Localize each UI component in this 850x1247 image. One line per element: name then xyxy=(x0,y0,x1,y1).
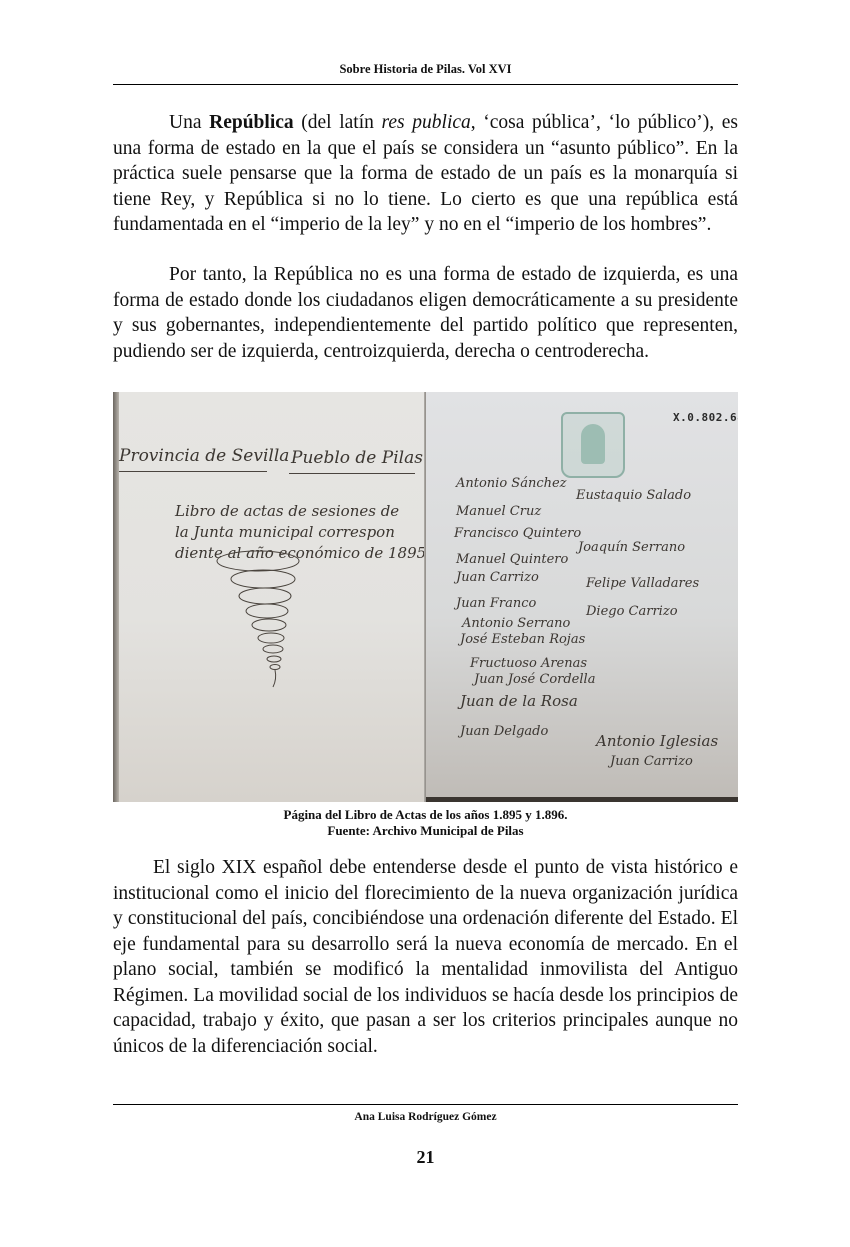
left-page: Provincia de Sevilla Pueblo de Pilas Lib… xyxy=(113,392,425,802)
signature: Antonio Iglesias xyxy=(596,732,718,750)
paragraph-text: El siglo XIX español debe entenderse des… xyxy=(113,857,738,1057)
paragraph-text: Por tanto, la República no es una forma … xyxy=(113,264,738,362)
signature: Francisco Quintero xyxy=(454,526,581,541)
seated-figure-icon xyxy=(581,424,605,464)
paragraph-lead: Una xyxy=(169,112,209,133)
signature: Antonio Sánchez xyxy=(456,476,567,491)
header-divider xyxy=(113,84,738,85)
figure-caption: Página del Libro de Actas de los años 1.… xyxy=(113,807,738,823)
handwritten-heading-town: Pueblo de Pilas xyxy=(291,448,423,468)
signature: Fructuoso Arenas xyxy=(470,656,587,671)
calligraphic-flourish-icon xyxy=(213,547,303,697)
signature: Antonio Serrano xyxy=(462,616,570,631)
tax-stamp-icon xyxy=(561,412,625,478)
running-header: Sobre Historia de Pilas. Vol XVI xyxy=(113,62,738,77)
bold-term: República xyxy=(209,112,294,133)
signature: Juan José Cordella xyxy=(474,672,595,687)
paragraph-republica-not-left: Por tanto, la República no es una forma … xyxy=(113,262,738,364)
handwritten-heading-province: Provincia de Sevilla xyxy=(119,446,289,466)
signature: Juan de la Rosa xyxy=(460,692,578,710)
ink-underline xyxy=(119,471,267,472)
signature: Eustaquio Salado xyxy=(576,488,691,503)
ink-underline xyxy=(289,473,415,474)
paragraph-republica-definition: Una República (del latín res publica, ‘c… xyxy=(113,110,738,238)
right-page: X.0.802.682 Antonio Sánchez Eustaquio Sa… xyxy=(426,392,738,802)
footer-divider xyxy=(113,1104,738,1105)
signature: Manuel Cruz xyxy=(456,504,541,519)
signature: Juan Carrizo xyxy=(610,754,693,769)
archival-document-photo: Provincia de Sevilla Pueblo de Pilas Lib… xyxy=(113,392,738,802)
page-number: 21 xyxy=(113,1147,738,1168)
serial-number: X.0.802.682 xyxy=(673,411,738,424)
signature: Diego Carrizo xyxy=(586,604,678,619)
signature: Felipe Valladares xyxy=(586,576,699,591)
figure-source: Fuente: Archivo Municipal de Pilas xyxy=(113,823,738,839)
paragraph-text-a: (del latín xyxy=(294,112,382,133)
italic-term: res publica xyxy=(382,112,471,133)
signature: Juan Franco xyxy=(456,596,536,611)
paragraph-siglo-xix: El siglo XIX español debe entenderse des… xyxy=(113,855,738,1059)
signature: José Esteban Rojas xyxy=(460,632,585,647)
author-footer: Ana Luisa Rodríguez Gómez xyxy=(113,1111,738,1123)
signature: Juan Carrizo xyxy=(456,570,539,585)
signature: Joaquín Serrano xyxy=(578,540,685,555)
handwritten-title-line: Libro de actas de sesiones de xyxy=(175,502,399,520)
signature: Juan Delgado xyxy=(460,724,548,739)
signature: Manuel Quintero xyxy=(456,552,568,567)
handwritten-title-line: la Junta municipal correspon xyxy=(175,523,395,541)
